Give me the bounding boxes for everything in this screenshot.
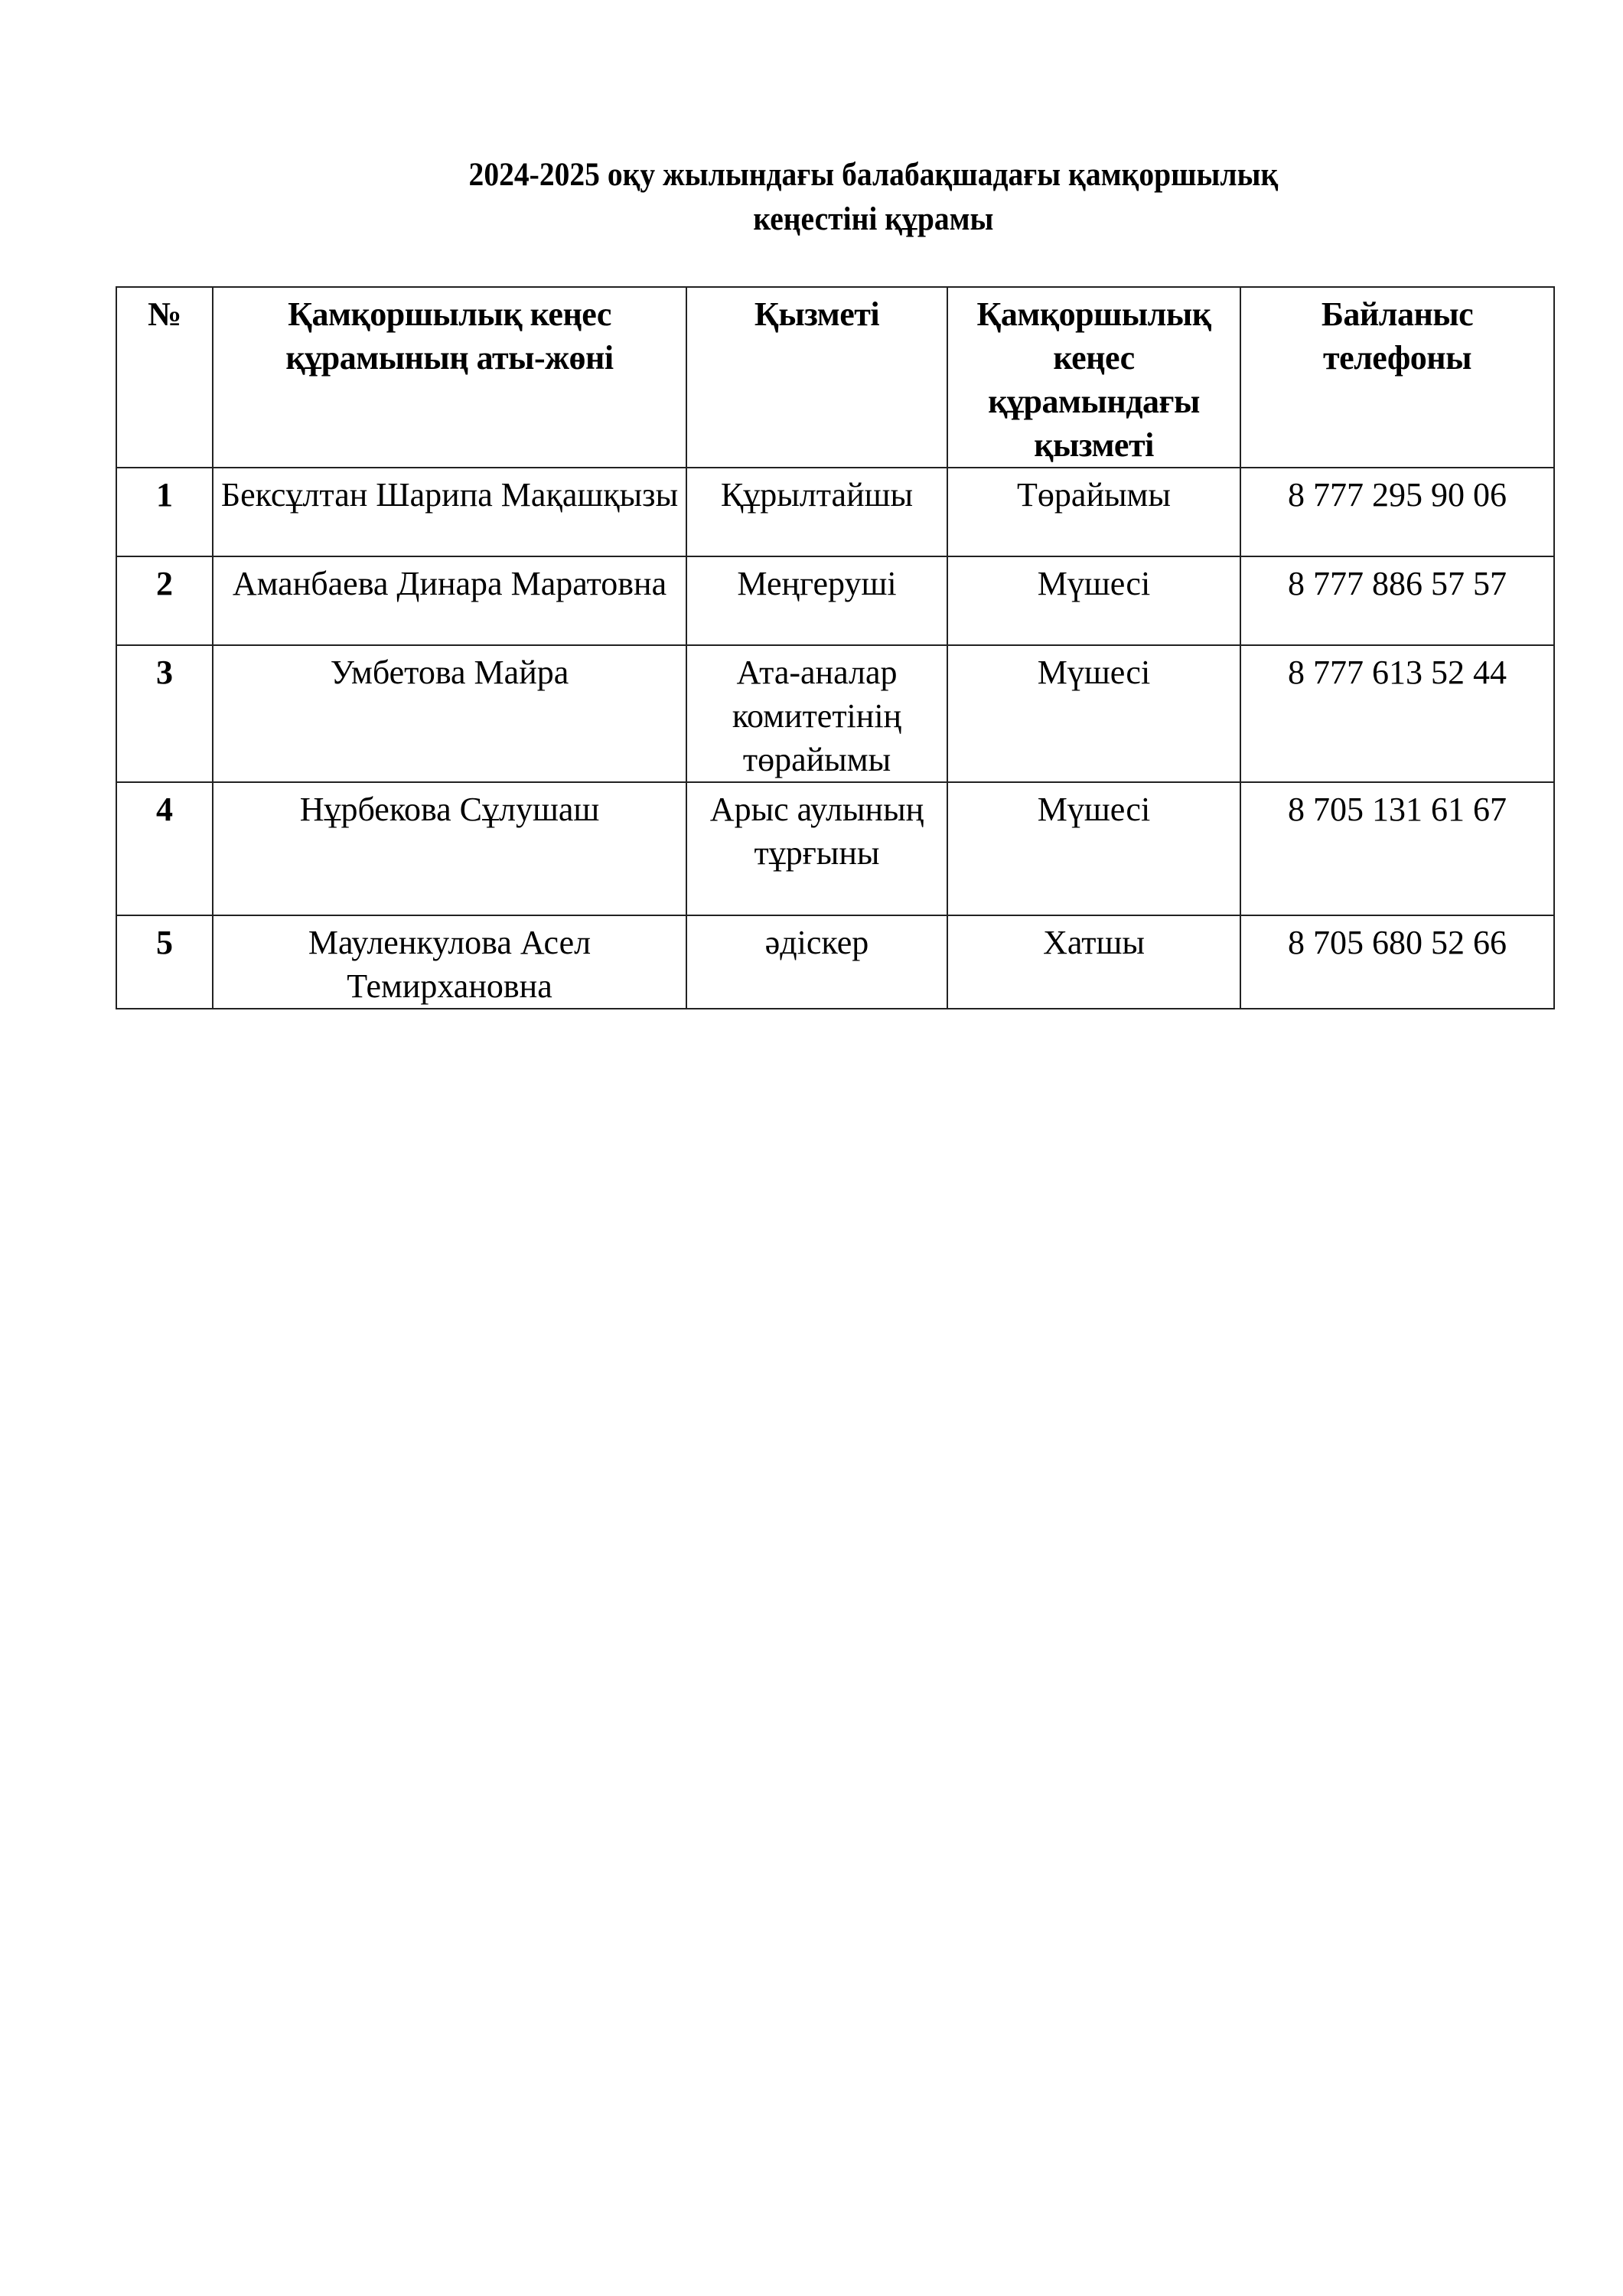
member-phone: 8 777 295 90 06 xyxy=(1240,468,1554,556)
member-name: Аманбаева Динара Маратовна xyxy=(213,556,686,645)
row-number: 1 xyxy=(116,468,213,556)
row-number: 5 xyxy=(116,915,213,1009)
member-council-role: Төрайымы xyxy=(947,468,1240,556)
table-header-row: № Қамқоршылық кеңес құрамының аты-жөні Қ… xyxy=(116,287,1554,468)
row-number: 3 xyxy=(116,645,213,782)
member-position: Ата-аналар комитетінің төрайымы xyxy=(686,645,947,782)
member-position: әдіскер xyxy=(686,915,947,1009)
table-row: 5 Мауленкулова Асел Темирхановна әдіскер… xyxy=(116,915,1554,1009)
member-position: Меңгеруші xyxy=(686,556,947,645)
member-position: Құрылтайшы xyxy=(686,468,947,556)
table-row: 1 Бексұлтан Шарипа Мақашқызы Құрылтайшы … xyxy=(116,468,1554,556)
header-full-name: Қамқоршылық кеңес құрамының аты-жөні xyxy=(213,287,686,468)
member-council-role: Мүшесі xyxy=(947,645,1240,782)
header-position: Қызметі xyxy=(686,287,947,468)
council-members-table: № Қамқоршылық кеңес құрамының аты-жөні Қ… xyxy=(116,286,1555,1009)
member-council-role: Мүшесі xyxy=(947,782,1240,915)
member-phone: 8 705 131 61 67 xyxy=(1240,782,1554,915)
row-number: 4 xyxy=(116,782,213,915)
member-phone: 8 777 886 57 57 xyxy=(1240,556,1554,645)
member-position: Арыс аулының тұрғыны xyxy=(686,782,947,915)
member-name: Бексұлтан Шарипа Мақашқызы xyxy=(213,468,686,556)
header-number: № xyxy=(116,287,213,468)
row-number: 2 xyxy=(116,556,213,645)
title-line-1: 2024-2025 оқу жылындағы балабақшадағы қа… xyxy=(189,153,1558,197)
member-name: Мауленкулова Асел Темирхановна xyxy=(213,915,686,1009)
title-line-2: кеңестіні құрамы xyxy=(189,197,1558,242)
table-row: 4 Нұрбекова Сұлушаш Арыс аулының тұрғыны… xyxy=(116,782,1554,915)
member-council-role: Хатшы xyxy=(947,915,1240,1009)
member-phone: 8 777 613 52 44 xyxy=(1240,645,1554,782)
member-phone: 8 705 680 52 66 xyxy=(1240,915,1554,1009)
document-title: 2024-2025 оқу жылындағы балабақшадағы қа… xyxy=(65,153,1558,242)
table-row: 2 Аманбаева Динара Маратовна Меңгеруші М… xyxy=(116,556,1554,645)
member-name: Умбетова Майра xyxy=(213,645,686,782)
member-council-role: Мүшесі xyxy=(947,556,1240,645)
member-name: Нұрбекова Сұлушаш xyxy=(213,782,686,915)
table-row: 3 Умбетова Майра Ата-аналар комитетінің … xyxy=(116,645,1554,782)
header-phone: Байланыс телефоны xyxy=(1240,287,1554,468)
header-council-role: Қамқоршылық кеңес құрамындағы қызметі xyxy=(947,287,1240,468)
